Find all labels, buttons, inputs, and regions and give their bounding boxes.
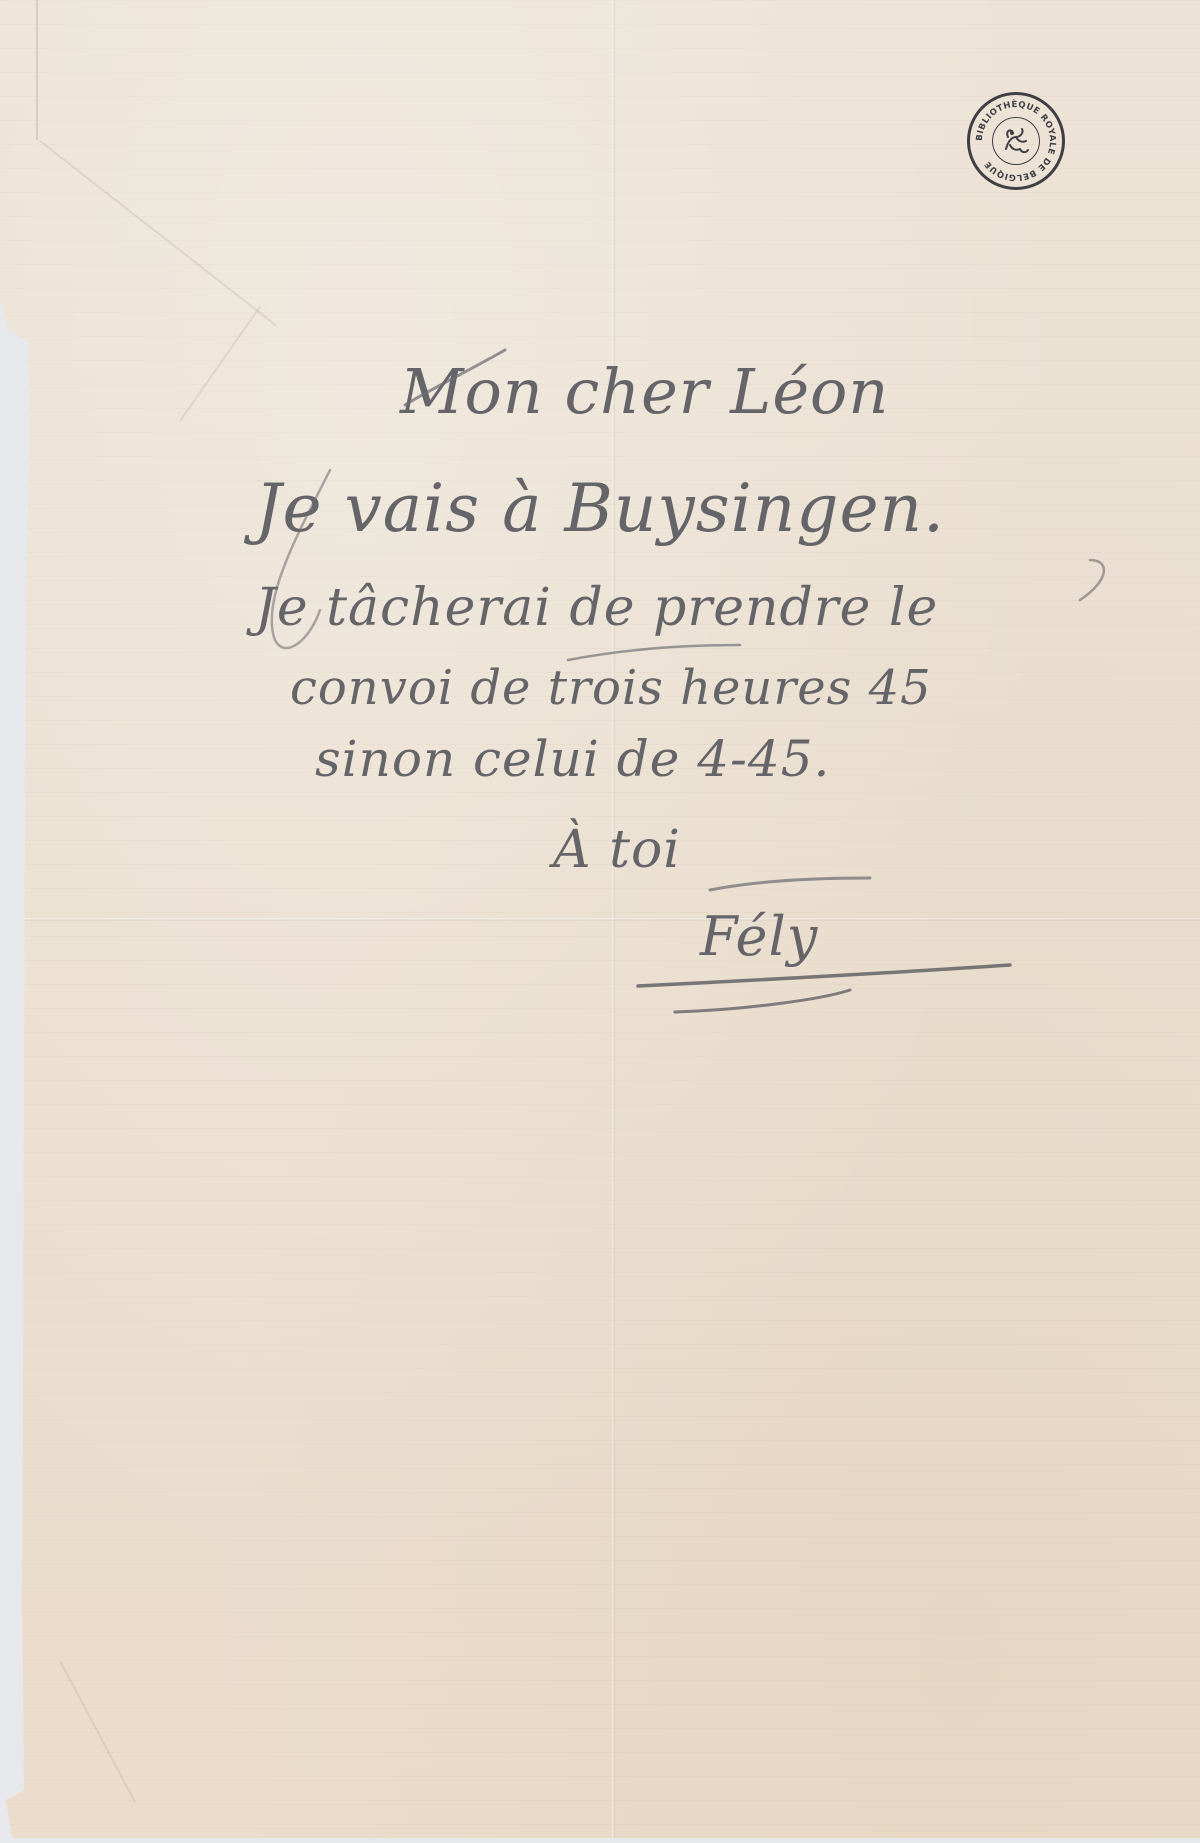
letter-closing: À toi — [553, 820, 681, 880]
paper-crease — [39, 140, 277, 326]
horizontal-fold-line — [0, 918, 1200, 921]
letter-paper: BIBLIOTHÈQUE ROYALE DE BELGIQUE Mon cher… — [0, 0, 1200, 1838]
letter-line-3: convoi de trois heures 45 — [290, 660, 932, 716]
lion-icon — [998, 123, 1034, 159]
letter-greeting: Mon cher Léon — [400, 355, 889, 428]
letter-line-1: Je vais à Buysingen. — [255, 470, 945, 547]
letter-line-4: sinon celui de 4-45. — [315, 730, 830, 788]
stamp-center — [992, 117, 1040, 165]
paper-crease — [179, 306, 261, 422]
library-stamp: BIBLIOTHÈQUE ROYALE DE BELGIQUE — [967, 92, 1065, 190]
letter-line-2: Je tâcherai de prendre le — [255, 578, 938, 638]
paper-crease — [59, 1661, 136, 1803]
scanned-page: BIBLIOTHÈQUE ROYALE DE BELGIQUE Mon cher… — [0, 0, 1200, 1843]
letter-signature: Fély — [700, 905, 818, 968]
left-edge-fold — [36, 0, 38, 140]
